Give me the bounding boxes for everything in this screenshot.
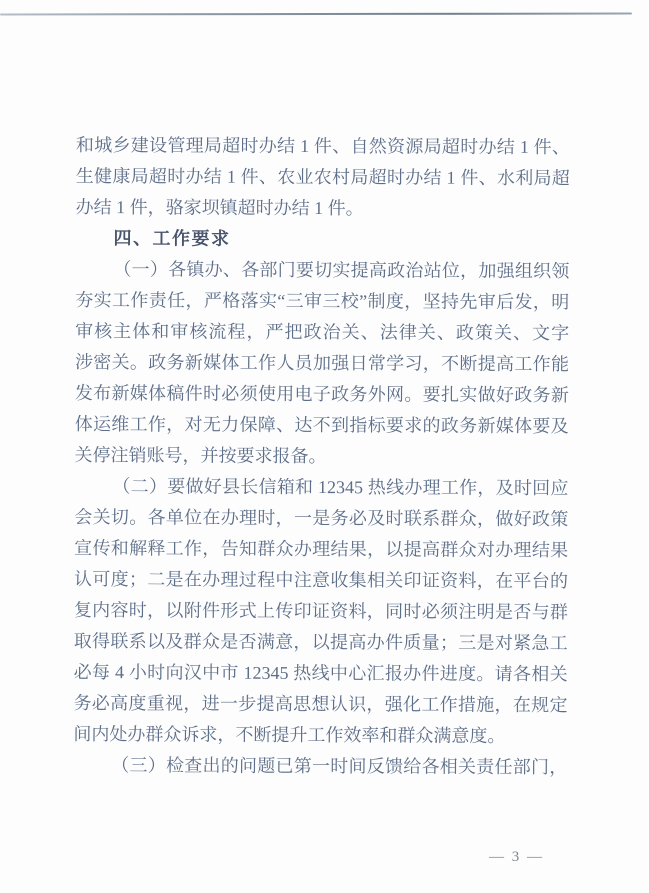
body-text-line: 务必高度重视，进一步提高思想认识，强化工作措施，在规定时 (73, 688, 567, 721)
body-text-line: 生健康局超时办结 1 件、农业农村局超时办结 1 件、水利局超时 (76, 161, 570, 194)
page-number: — 3 — (489, 849, 544, 866)
body-text-line: 涉密关。政务新媒体工作人员加强日常学习，不断提高工作能力， (75, 347, 569, 380)
paragraph-start-line: （一）各镇办、各部门要切实提高政治站位，加强组织领导， (75, 254, 569, 287)
body-text-line: 会关切。各单位在办理时，一是务必及时联系群众，做好政策的 (74, 502, 568, 535)
paragraph-start-line: （三）检查出的问题已第一时间反馈给各相关责任部门，各 (73, 750, 567, 783)
paragraph-start-line: （二）要做好县长信箱和 12345 热线办理工作，及时回应社 (74, 471, 568, 504)
page-footer: — 3 — (0, 849, 649, 869)
document-body: 和城乡建设管理局超时办结 1 件、自然资源局超时办结 1 件、卫 生健康局超时办… (73, 130, 570, 783)
body-text-line: 认可度；二是在办理过程中注意收集相关印证资料，在平台的回 (74, 564, 568, 597)
body-text-line: 发布新媒体稿件时必须使用电子政务外网。要扎实做好政务新媒 (75, 378, 569, 411)
body-text-line: 必每 4 小时向汉中市 12345 热线中心汇报办件进度。请各相关单位 (74, 657, 568, 690)
body-text-line: 体运维工作，对无力保障、达不到指标要求的政务新媒体要及时 (75, 409, 569, 442)
body-text-line: 宣传和解释工作，告知群众办理结果，以提高群众对办理结果的 (74, 533, 568, 566)
scanned-document-page: 和城乡建设管理局超时办结 1 件、自然资源局超时办结 1 件、卫 生健康局超时办… (0, 0, 649, 893)
body-text-line: 和城乡建设管理局超时办结 1 件、自然资源局超时办结 1 件、卫 (76, 130, 570, 163)
scan-edge-line (0, 13, 632, 16)
paragraph-end-line: 办结 1 件，骆家坝镇超时办结 1 件。 (76, 192, 570, 225)
body-text-line: 审核主体和审核流程，严把政治关、法律关、政策关、文字关、 (75, 316, 569, 349)
body-text-line: 夯实工作责任，严格落实“三审三校”制度，坚持先审后发，明确 (75, 285, 569, 318)
body-text-line: 复内容时，以附件形式上传印证资料，同时必须注明是否与群众 (74, 595, 568, 628)
paragraph-end-line: 关停注销账号，并按要求报备。 (75, 440, 569, 473)
section-heading: 四、工作要求 (75, 223, 569, 256)
paragraph-end-line: 间内处办群众诉求，不断提升工作效率和群众满意度。 (73, 719, 567, 752)
body-text-line: 取得联系以及群众是否满意，以提高办件质量；三是对紧急工单务 (74, 626, 568, 659)
